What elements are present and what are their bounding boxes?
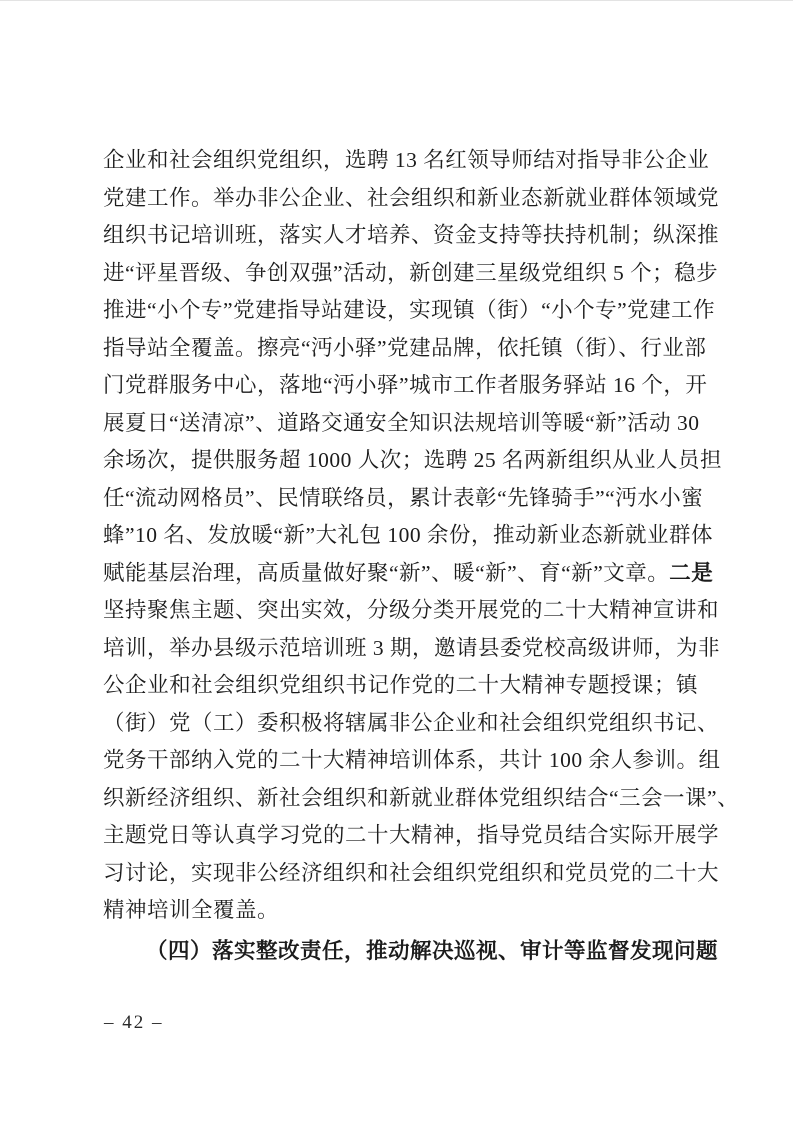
text-line: 余场次，提供服务超 1000 人次；选聘 25 名两新组织从业人员担 bbox=[103, 442, 698, 480]
text-line: 推进“小个专”党建指导站建设，实现镇（街）“小个专”党建工作 bbox=[103, 292, 698, 330]
text-run: 习讨论，实现非公经济组织和社会组织党组织和党员党的二十大 bbox=[103, 861, 719, 885]
text-line: 织新经济组织、新社会组织和新就业群体党组织结合“三会一课”、 bbox=[103, 780, 698, 818]
text-run: （街）党（工）委积极将辖属非公企业和社会组织党组织书记、 bbox=[103, 711, 719, 735]
text-run: 门党群服务中心，落地“沔小驿”城市工作者服务驿站 16 个，开 bbox=[103, 373, 707, 397]
text-run: 任“流动网格员”、民情联络员，累计表彰“先锋骑手”“沔水小蜜 bbox=[103, 486, 703, 510]
text-run: 织新经济组织、新社会组织和新就业群体党组织结合“三会一课”、 bbox=[103, 786, 739, 810]
text-line: 指导站全覆盖。擦亮“沔小驿”党建品牌，依托镇（街）、行业部 bbox=[103, 330, 698, 368]
text-line: 门党群服务中心，落地“沔小驿”城市工作者服务驿站 16 个，开 bbox=[103, 367, 698, 405]
text-run: 展夏日“送清凉”、道路交通安全知识法规培训等暖“新”活动 30 bbox=[103, 411, 700, 435]
text-line: 任“流动网格员”、民情联络员，累计表彰“先锋骑手”“沔水小蜜 bbox=[103, 480, 698, 518]
document-page: 企业和社会组织党组织，选聘 13 名红领导师结对指导非公企业党建工作。举办非公企… bbox=[0, 0, 793, 1122]
text-run: 余场次，提供服务超 1000 人次；选聘 25 名两新组织从业人员担 bbox=[103, 448, 722, 472]
text-line: 公企业和社会组织党组织书记作党的二十大精神专题授课；镇 bbox=[103, 667, 698, 705]
text-line: 进“评星晋级、争创双强”活动，新创建三星级党组织 5 个；稳步 bbox=[103, 255, 698, 293]
text-run: 指导站全覆盖。擦亮“沔小驿”党建品牌，依托镇（街）、行业部 bbox=[103, 336, 706, 360]
text-line: 培训，举办县级示范培训班 3 期，邀请县委党校高级讲师，为非 bbox=[103, 630, 698, 668]
text-line: 展夏日“送清凉”、道路交通安全知识法规培训等暖“新”活动 30 bbox=[103, 405, 698, 443]
bold-text-run: 二是 bbox=[669, 561, 713, 585]
text-run: 党建工作。举办非公企业、社会组织和新业态新就业群体领域党 bbox=[103, 186, 719, 210]
section-heading: （四）落实整改责任，推动解决巡视、审计等监督发现问题 bbox=[103, 933, 698, 971]
text-line: 主题党日等认真学习党的二十大精神，指导党员结合实际开展学 bbox=[103, 817, 698, 855]
text-line: 蜂”10 名、发放暖“新”大礼包 100 余份，推动新业态新就业群体 bbox=[103, 517, 698, 555]
text-line: 组织书记培训班，落实人才培养、资金支持等扶持机制；纵深推 bbox=[103, 217, 698, 255]
text-line: 党务干部纳入党的二十大精神培训体系，共计 100 余人参训。组 bbox=[103, 742, 698, 780]
document-content: 企业和社会组织党组织，选聘 13 名红领导师结对指导非公企业党建工作。举办非公企… bbox=[103, 142, 698, 970]
text-line: 赋能基层治理，高质量做好聚“新”、暖“新”、育“新”文章。二是 bbox=[103, 555, 698, 593]
text-run: 公企业和社会组织党组织书记作党的二十大精神专题授课；镇 bbox=[103, 673, 698, 697]
page-number: – 42 – bbox=[104, 1011, 164, 1035]
text-run: 蜂”10 名、发放暖“新”大礼包 100 余份，推动新业态新就业群体 bbox=[103, 523, 713, 547]
text-run: 主题党日等认真学习党的二十大精神，指导党员结合实际开展学 bbox=[103, 823, 719, 847]
text-run: 培训，举办县级示范培训班 3 期，邀请县委党校高级讲师，为非 bbox=[103, 636, 720, 660]
text-run: 赋能基层治理，高质量做好聚“新”、暖“新”、育“新”文章。 bbox=[103, 561, 669, 585]
text-run: 推进“小个专”党建指导站建设，实现镇（街）“小个专”党建工作 bbox=[103, 298, 715, 322]
text-line: 党建工作。举办非公企业、社会组织和新业态新就业群体领域党 bbox=[103, 180, 698, 218]
text-line: 企业和社会组织党组织，选聘 13 名红领导师结对指导非公企业 bbox=[103, 142, 698, 180]
text-run: 坚持聚焦主题、突出实效，分级分类开展党的二十大精神宣讲和 bbox=[103, 598, 719, 622]
text-run: 党务干部纳入党的二十大精神培训体系，共计 100 余人参训。组 bbox=[103, 748, 721, 772]
text-line: 坚持聚焦主题、突出实效，分级分类开展党的二十大精神宣讲和 bbox=[103, 592, 698, 630]
text-run: 进“评星晋级、争创双强”活动，新创建三星级党组织 5 个；稳步 bbox=[103, 261, 718, 285]
text-run: 精神培训全覆盖。 bbox=[103, 898, 279, 922]
text-line: 精神培训全覆盖。 bbox=[103, 892, 698, 930]
text-line: 习讨论，实现非公经济组织和社会组织党组织和党员党的二十大 bbox=[103, 855, 698, 893]
text-run: 企业和社会组织党组织，选聘 13 名红领导师结对指导非公企业 bbox=[103, 148, 709, 172]
text-line: （街）党（工）委积极将辖属非公企业和社会组织党组织书记、 bbox=[103, 705, 698, 743]
body-lines: 企业和社会组织党组织，选聘 13 名红领导师结对指导非公企业党建工作。举办非公企… bbox=[103, 142, 698, 930]
text-run: 组织书记培训班，落实人才培养、资金支持等扶持机制；纵深推 bbox=[103, 223, 719, 247]
